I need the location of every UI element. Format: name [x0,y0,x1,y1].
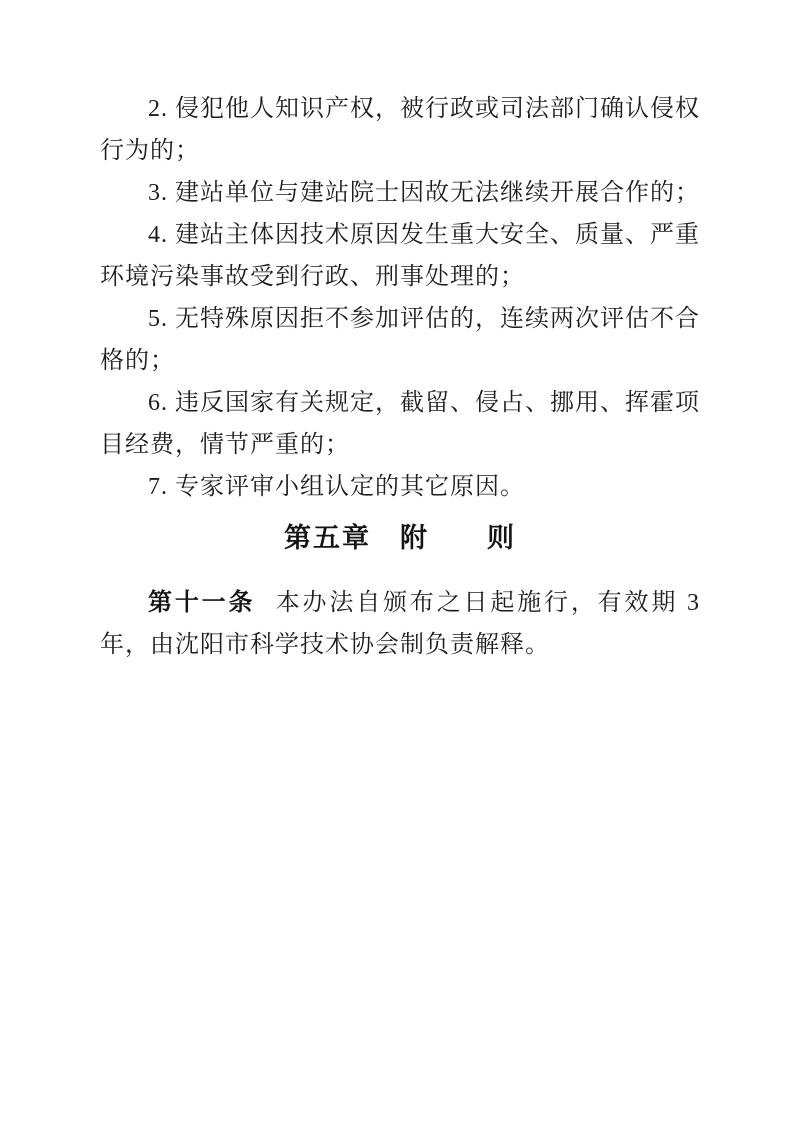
body-paragraph: 2. 侵犯他人知识产权，被行政或司法部门确认侵权行为的； [100,88,700,172]
body-paragraph: 4. 建站主体因技术原因发生重大安全、质量、严重环境污染事故受到行政、刑事处理的… [100,214,700,298]
document-page: 2. 侵犯他人知识产权，被行政或司法部门确认侵权行为的； 3. 建站单位与建站院… [0,0,800,1132]
body-paragraph: 3. 建站单位与建站院士因故无法继续开展合作的； [100,172,700,214]
body-paragraph: 7. 专家评审小组认定的其它原因。 [100,466,700,508]
article-paragraph: 第十一条本办法自颁布之日起施行，有效期 3 年，由沈阳市科学技术协会制负责解释。 [100,582,700,666]
document-content: 2. 侵犯他人知识产权，被行政或司法部门确认侵权行为的； 3. 建站单位与建站院… [100,0,700,666]
chapter-heading: 第五章 附 则 [100,514,700,562]
article-number: 第十一条 [148,589,255,616]
body-paragraph: 5. 无特殊原因拒不参加评估的，连续两次评估不合格的； [100,298,700,382]
body-paragraph: 6. 违反国家有关规定，截留、侵占、挪用、挥霍项目经费，情节严重的； [100,382,700,466]
